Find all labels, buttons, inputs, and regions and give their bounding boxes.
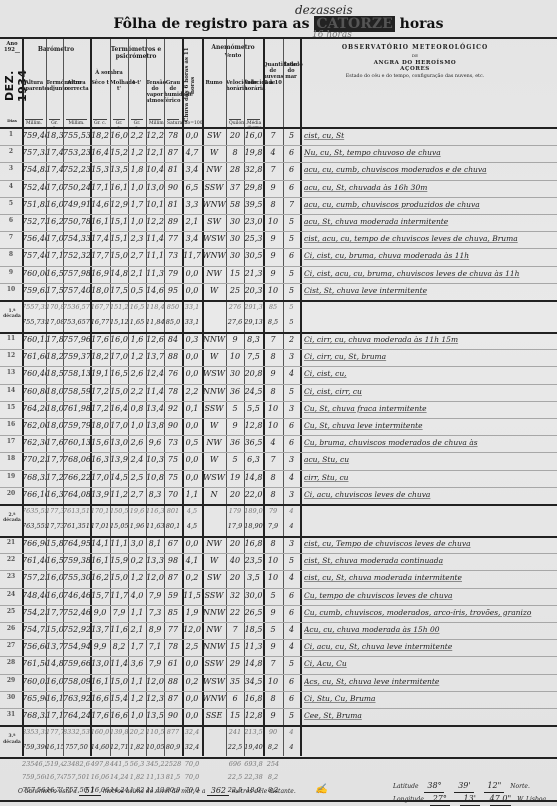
value-cell: 90 [164,421,182,435]
table-row: 31768,3517,1764,2417,616,61,013,5900,0SS… [0,709,557,726]
value-cell: 0,0 [182,455,202,469]
value-cell: 760,00 [22,269,46,283]
value-cell: 16,1 [110,183,128,197]
day-number: 1 [0,131,22,145]
observatory-region: AÇORES [290,66,540,72]
value-cell: 2,2 [128,387,146,401]
value-cell: 9,9 [90,642,110,656]
value-cell: 11,4 [146,387,164,401]
value-cell: 75 [164,473,182,487]
value-cell: 17,6 [90,335,110,349]
decade-mean-row: 763,55517,73761,35117,0115,051,9611,6380… [0,520,557,537]
day-number: 13 [0,369,22,383]
value-cell: 4 [283,573,300,587]
value-cell: 1,1 [128,677,146,691]
value-cell: 16,0 [46,677,63,691]
value-cell: 757,35 [22,148,46,162]
remarks-cell: Ci, Stu, Cu, Bruma [304,694,553,708]
summary-value: 1,82 [128,743,146,757]
row-divider [0,570,557,571]
value-cell: 8 [263,490,283,504]
value-cell: 29,8 [244,183,263,197]
table-row: 23757,2516,0755,3016,215,01,212,0870,2SW… [0,571,557,588]
value-cell: 768,35 [22,711,46,725]
value-cell: 16,1 [46,694,63,708]
table-row: 22761,4016,5759,3816,115,90,213,3984,1W4… [0,554,557,571]
value-cell: 23,0 [244,217,263,231]
value-cell: 0,2 [182,573,202,587]
value-cell: 759,65 [22,286,46,300]
day-label: Dias [2,119,22,124]
page-title: Fôlha de registro para as CATORZE horas [0,16,557,32]
value-cell: 30 [226,251,244,265]
value-cell: 30,5 [244,251,263,265]
value-cell: W [202,556,226,570]
value-cell: 16,1 [90,677,110,691]
remarks-cell: acu, St, chuva moderada intermitente [304,217,553,231]
summary-value: 16,15 [46,743,63,757]
summary-value: 753,657 [63,318,90,332]
value-cell: 13,0 [110,438,128,452]
table-row: 2757,3517,4753,2316,415,21,212,1874,7W81… [0,146,557,163]
remarks-cell: Cu, bruma, chuviscos moderados de chuva … [304,438,553,452]
summary-value: 17,08 [46,318,63,332]
value-cell: 1,2 [128,573,146,587]
value-cell: 758,59 [63,387,90,401]
value-cell: 25,3 [244,234,263,248]
value-cell: 5 [283,286,300,300]
value-cell: 4 [283,642,300,656]
remarks-cell: Cu, St, chuva fraca intermitente [304,404,553,418]
value-cell: 6 [283,183,300,197]
month-stamp: DEZ. 1934 [3,65,23,107]
decade-divider [0,332,557,334]
value-cell: 15,1 [110,217,128,231]
value-cell: SSW [202,183,226,197]
remarks-cell: Ci, cist, cirr, cu [304,387,553,401]
value-cell: 0,0 [182,269,202,283]
summary-value: 755,735 [22,318,46,332]
summary-value: 151,2 [110,303,128,317]
day-number: 16 [0,421,22,435]
value-cell: 28 [226,165,244,179]
remarks-cell: Cee, St, Bruma [304,711,553,725]
value-cell: 8 [263,352,283,366]
value-cell: 11,5 [182,591,202,605]
value-cell: 754,85 [22,165,46,179]
value-cell: 32,8 [244,165,263,179]
value-cell: W [202,421,226,435]
value-cell: 10 [263,677,283,691]
value-cell: 3 [283,352,300,366]
value-cell: 757,40 [22,251,46,265]
value-cell: 1,0 [128,421,146,435]
column-divider [22,39,24,756]
value-cell: 15,2 [110,148,128,162]
value-cell: 6 [283,694,300,708]
day-number: 10 [0,286,22,300]
value-cell: 760,13 [63,438,90,452]
summary-value [202,522,226,536]
value-cell: WSW [202,369,226,383]
day-number: 25 [0,608,22,622]
value-cell: 10 [263,217,283,231]
value-cell: 1,2 [128,694,146,708]
summary-value: 801 [164,507,182,521]
remarks-cell: Acs, cu, St, chuva leve intermitente [304,677,553,691]
value-cell: 13,7 [46,642,63,656]
summary-value: 110,5 [146,728,164,742]
value-cell: 15,6 [90,438,110,452]
remarks-cell: cist, cu, St [304,131,553,145]
value-cell: 0,2 [182,677,202,691]
value-cell: 18,0 [46,404,63,418]
observatory-name: OBSERVATÓRIO METEOROLÓGICO [290,44,540,51]
remarks-cell: acu, cu, cumb, chuviscos moderados e de … [304,165,553,179]
summary-value: 17,73 [46,522,63,536]
value-cell: 746,46 [63,591,90,605]
value-cell: 12,3 [146,694,164,708]
value-cell: 4 [283,625,300,639]
remarks-cell: Ci, cirr, cu, St, bruma [304,352,553,366]
remarks-header: Estado do céu e do tempo, configuração d… [290,74,540,79]
summary-value: 139,8 [110,728,128,742]
summary-value: 85 [263,303,283,317]
observation-table: Ano 192__ DEZ. 1934 Dias Barómetro Termó… [0,37,557,756]
summary-value: 11,63 [146,522,164,536]
value-cell: 8 [263,473,283,487]
value-cell: 13,9 [90,490,110,504]
value-cell: 4 [263,148,283,162]
table-row: 10759,6517,5757,4018,017,50,514,6950,0W2… [0,284,557,301]
value-cell: 752,23 [63,165,90,179]
summary-value: 763,555 [22,522,46,536]
value-cell: 19,8 [244,148,263,162]
value-cell: 6 [283,608,300,622]
value-cell: 4,0 [128,591,146,605]
value-cell: 761,98 [63,404,90,418]
value-cell: 6 [283,421,300,435]
summary-value: 8,2 [263,743,283,757]
value-cell: 6 [283,148,300,162]
remarks-cell: Ci, cist, cu, [304,369,553,383]
value-cell: SSW [202,404,226,418]
decade-divider [0,757,557,759]
day-number: 2 [0,148,22,162]
value-cell: 16,3 [90,455,110,469]
value-cell: 90 [164,183,182,197]
table-row: 16762,0018,0759,7918,017,01,013,8900,0W9… [0,419,557,436]
value-cell: 761,60 [22,352,46,366]
column-unit: Quilóm. [229,119,241,126]
summary-value: 22,5 [226,743,244,757]
row-divider [0,487,557,488]
row-divider [0,162,557,163]
value-cell: 15,3 [90,165,110,179]
value-cell: 9 [226,421,244,435]
summary-value: 12,71 [110,743,128,757]
value-cell: 0,2 [128,556,146,570]
column-header: Grau de humidade [164,81,182,99]
value-cell: 36 [226,387,244,401]
remarks-cell: Cu, cumb, chuviscos, moderados, arco-íri… [304,608,553,622]
value-cell: 11,7 [110,591,128,605]
value-cell: W [202,455,226,469]
value-cell: 78 [164,387,182,401]
value-cell: 7,1 [146,642,164,656]
summary-value: 7,9 [263,522,283,536]
value-cell: 1,1 [128,608,146,622]
summary-value: 150,5 [110,507,128,521]
value-cell: 6,5 [182,183,202,197]
value-cell: 9 [263,251,283,265]
value-cell: 17,1 [90,183,110,197]
value-cell: 17,4 [90,234,110,248]
summary-value: 1,96 [128,522,146,536]
day-number: 12 [0,352,22,366]
value-cell: 4,1 [182,556,202,570]
value-cell: 0,0 [182,659,202,673]
value-cell: 16,1 [90,556,110,570]
value-cell: 753,23 [63,148,90,162]
value-cell: 24,5 [244,387,263,401]
value-cell: 758,13 [63,369,90,383]
value-cell: 19 [226,473,244,487]
value-cell: 12,4 [146,369,164,383]
value-cell: 95 [164,286,182,300]
value-cell: 759,79 [63,421,90,435]
value-cell: 12,1 [146,148,164,162]
value-cell: 7,9 [146,659,164,673]
value-cell: 25 [226,286,244,300]
row-divider [0,435,557,436]
value-cell: 6,3 [244,455,263,469]
value-cell: 5 [283,711,300,725]
value-cell: 5 [283,234,300,248]
value-cell: SSE [202,711,226,725]
value-cell: 14,8 [110,269,128,283]
value-cell: 92 [164,404,182,418]
column-divider [146,39,147,756]
value-cell: 6 [283,438,300,452]
day-number: 7 [0,234,22,248]
value-cell: 11,3 [244,642,263,656]
summary-value [202,743,226,757]
value-cell: 13,0 [90,659,110,673]
value-cell: 754,33 [63,234,90,248]
value-cell: 756,40 [22,234,46,248]
value-cell: 87 [164,148,182,162]
summary-value: 80,1 [164,522,182,536]
table-row: 18770,2517,7768,0616,313,92,410,3750,0W5… [0,453,557,470]
day-number: 18 [0,455,22,469]
observatory-header: OBSERVATÓRIO METEOROLÓGICO DE ANGRA DO H… [290,44,540,79]
value-cell: 770,25 [22,455,46,469]
table-row: 21766,9015,8764,9514,111,13,08,1670,0NW2… [0,537,557,554]
value-cell: 8,2 [110,642,128,656]
value-cell: 5 [226,455,244,469]
value-cell: 766,22 [63,473,90,487]
value-cell: 81 [164,165,182,179]
value-cell: 9 [263,269,283,283]
table-row: 8757,4017,1752,3217,715,02,711,17311,7WN… [0,249,557,266]
value-cell: 12,2 [146,217,164,231]
value-cell: 35 [226,677,244,691]
row-divider [0,145,557,146]
value-cell: 17,7 [46,608,63,622]
summary-value: 877 [164,728,182,742]
remarks-cell: cist, cu, St, chuva moderada intermitent… [304,573,553,587]
value-cell: 16,8 [244,539,263,553]
remarks-cell: Ci, cist, cu, bruma, chuva moderada às 1… [304,251,553,265]
value-cell: 16,6 [110,711,128,725]
summary-value [202,303,226,317]
value-cell: 8,3 [146,490,164,504]
value-cell: 9 [263,608,283,622]
value-cell: 2,4 [128,455,146,469]
value-cell: 10 [263,556,283,570]
value-cell: 18,5 [46,369,63,383]
day-number: 29 [0,677,22,691]
summary-value: 213,5 [244,728,263,742]
remarks-cell: Ci, acu, cu, St, chuva leve intermitente [304,642,553,656]
value-cell: 36,5 [244,438,263,452]
value-cell: 7 [263,165,283,179]
summary-value: 32,4 [182,743,202,757]
value-cell: 14,8 [244,473,263,487]
summary-value: 8,5 [263,318,283,332]
value-cell: 36 [226,438,244,452]
summary-value [202,318,226,332]
value-cell: 17,7 [90,251,110,265]
row-divider [0,674,557,675]
remarks-cell: Ci, acu, chuviscos leves de chuva [304,490,553,504]
value-cell: SW [202,131,226,145]
value-cell: 16,0 [244,131,263,145]
value-cell: 13,9 [110,455,128,469]
summary-value: 4 [283,522,300,536]
summary-value: 1,65 [128,318,146,332]
value-cell: 16,0 [46,200,63,214]
value-cell: 757,25 [22,573,46,587]
decade-divider [0,536,557,538]
value-cell: 3,3 [182,200,202,214]
value-cell: 78 [164,131,182,145]
table-row: 30765,9016,1763,9216,615,41,212,3870,0WN… [0,692,557,709]
summary-value: 170,8 [46,303,63,317]
value-cell: 11,2 [110,490,128,504]
year-label: Ano 192__ [2,42,22,54]
summary-value: 15,12 [110,318,128,332]
table-row: 6752,7516,2750,7816,115,11,012,2892,1SW3… [0,215,557,232]
row-divider [0,708,557,709]
value-cell: 2,2 [128,131,146,145]
table-row: 5751,8516,0749,9114,612,91,710,1813,3WNW… [0,198,557,215]
summary-value: 85,0 [164,318,182,332]
register-sheet: dezasseis Fôlha de registro para as CATO… [0,0,557,806]
coordinates: Latitude 38° 39' 12" Norte. Longitude 27… [393,780,546,806]
summary-value: 18,90 [244,522,263,536]
value-cell: 0,0 [182,421,202,435]
day-number: 15 [0,404,22,418]
value-cell: NNW [202,642,226,656]
summary-value: 177,7 [46,728,63,742]
value-cell: 17,4 [46,165,63,179]
value-cell: 12,8 [244,711,263,725]
summary-value: 179 [226,507,244,521]
value-cell: 15,0 [110,677,128,691]
value-cell: 752,75 [22,217,46,231]
value-cell: 764,24 [63,711,90,725]
summary-value: 29,13 [244,318,263,332]
table-row: 12761,6018,2759,3718,217,01,213,7880,0W1… [0,350,557,367]
value-cell: 16,4 [110,404,128,418]
value-cell: 22 [226,608,244,622]
value-cell: 14,1 [90,539,110,553]
value-cell: 8,9 [146,625,164,639]
value-cell: 18,0 [46,387,63,401]
value-cell: 754,75 [22,625,46,639]
value-cell: 7 [226,625,244,639]
day-number: 19 [0,473,22,487]
value-cell: 748,40 [22,591,46,605]
table-row: 15764,2018,0761,9817,216,40,813,4920,1SS… [0,402,557,419]
value-cell: N [202,490,226,504]
summary-value: 276 [226,303,244,317]
value-cell: 13,0 [146,183,164,197]
row-divider [0,418,557,419]
column-divider [90,39,92,756]
summary-value [202,507,226,521]
value-cell: 10,3 [146,455,164,469]
value-cell: 3 [283,455,300,469]
value-cell: 20 [226,490,244,504]
value-cell: 3 [283,539,300,553]
column-header: Sêco t [90,81,110,87]
summary-value: 5 [283,303,300,317]
value-cell: 16,0 [46,573,63,587]
value-cell: 3 [283,490,300,504]
value-cell: 20 [226,573,244,587]
value-cell: SSW [202,591,226,605]
remarks-cell: Ci, Acu, Cu [304,659,553,673]
value-cell: W [202,286,226,300]
value-cell: 7 [283,200,300,214]
anemometer-group: Anemómetro [202,45,264,52]
value-cell: 70 [164,490,182,504]
summary-value: 177,3 [46,507,63,521]
value-cell: 19,1 [90,369,110,383]
value-cell: 15,0 [110,573,128,587]
value-cell: 5 [283,659,300,673]
column-divider [263,39,265,756]
value-cell: 77 [164,625,182,639]
day-number: 23 [0,573,22,587]
barometer-group: Barómetro [22,47,90,54]
value-cell: 16,0 [110,131,128,145]
value-cell: 3,5 [244,573,263,587]
table-row: 28761,5014,8759,6613,011,43,67,9610,0SSW… [0,657,557,674]
column-header: Tensão do vapor atmosférico [146,81,164,105]
summary-value: 20,2 [128,728,146,742]
value-cell: 0,5 [182,438,202,452]
value-cell: 12,2 [146,131,164,145]
value-cell: 5 [283,387,300,401]
value-cell: 750,24 [63,183,90,197]
summary-value: 118,4 [146,303,164,317]
remarks-cell: acu, cu, St, chuvada às 16h 30m [304,183,553,197]
table-row: 17762,3017,6760,1315,613,02,69,6730,5NW3… [0,436,557,453]
